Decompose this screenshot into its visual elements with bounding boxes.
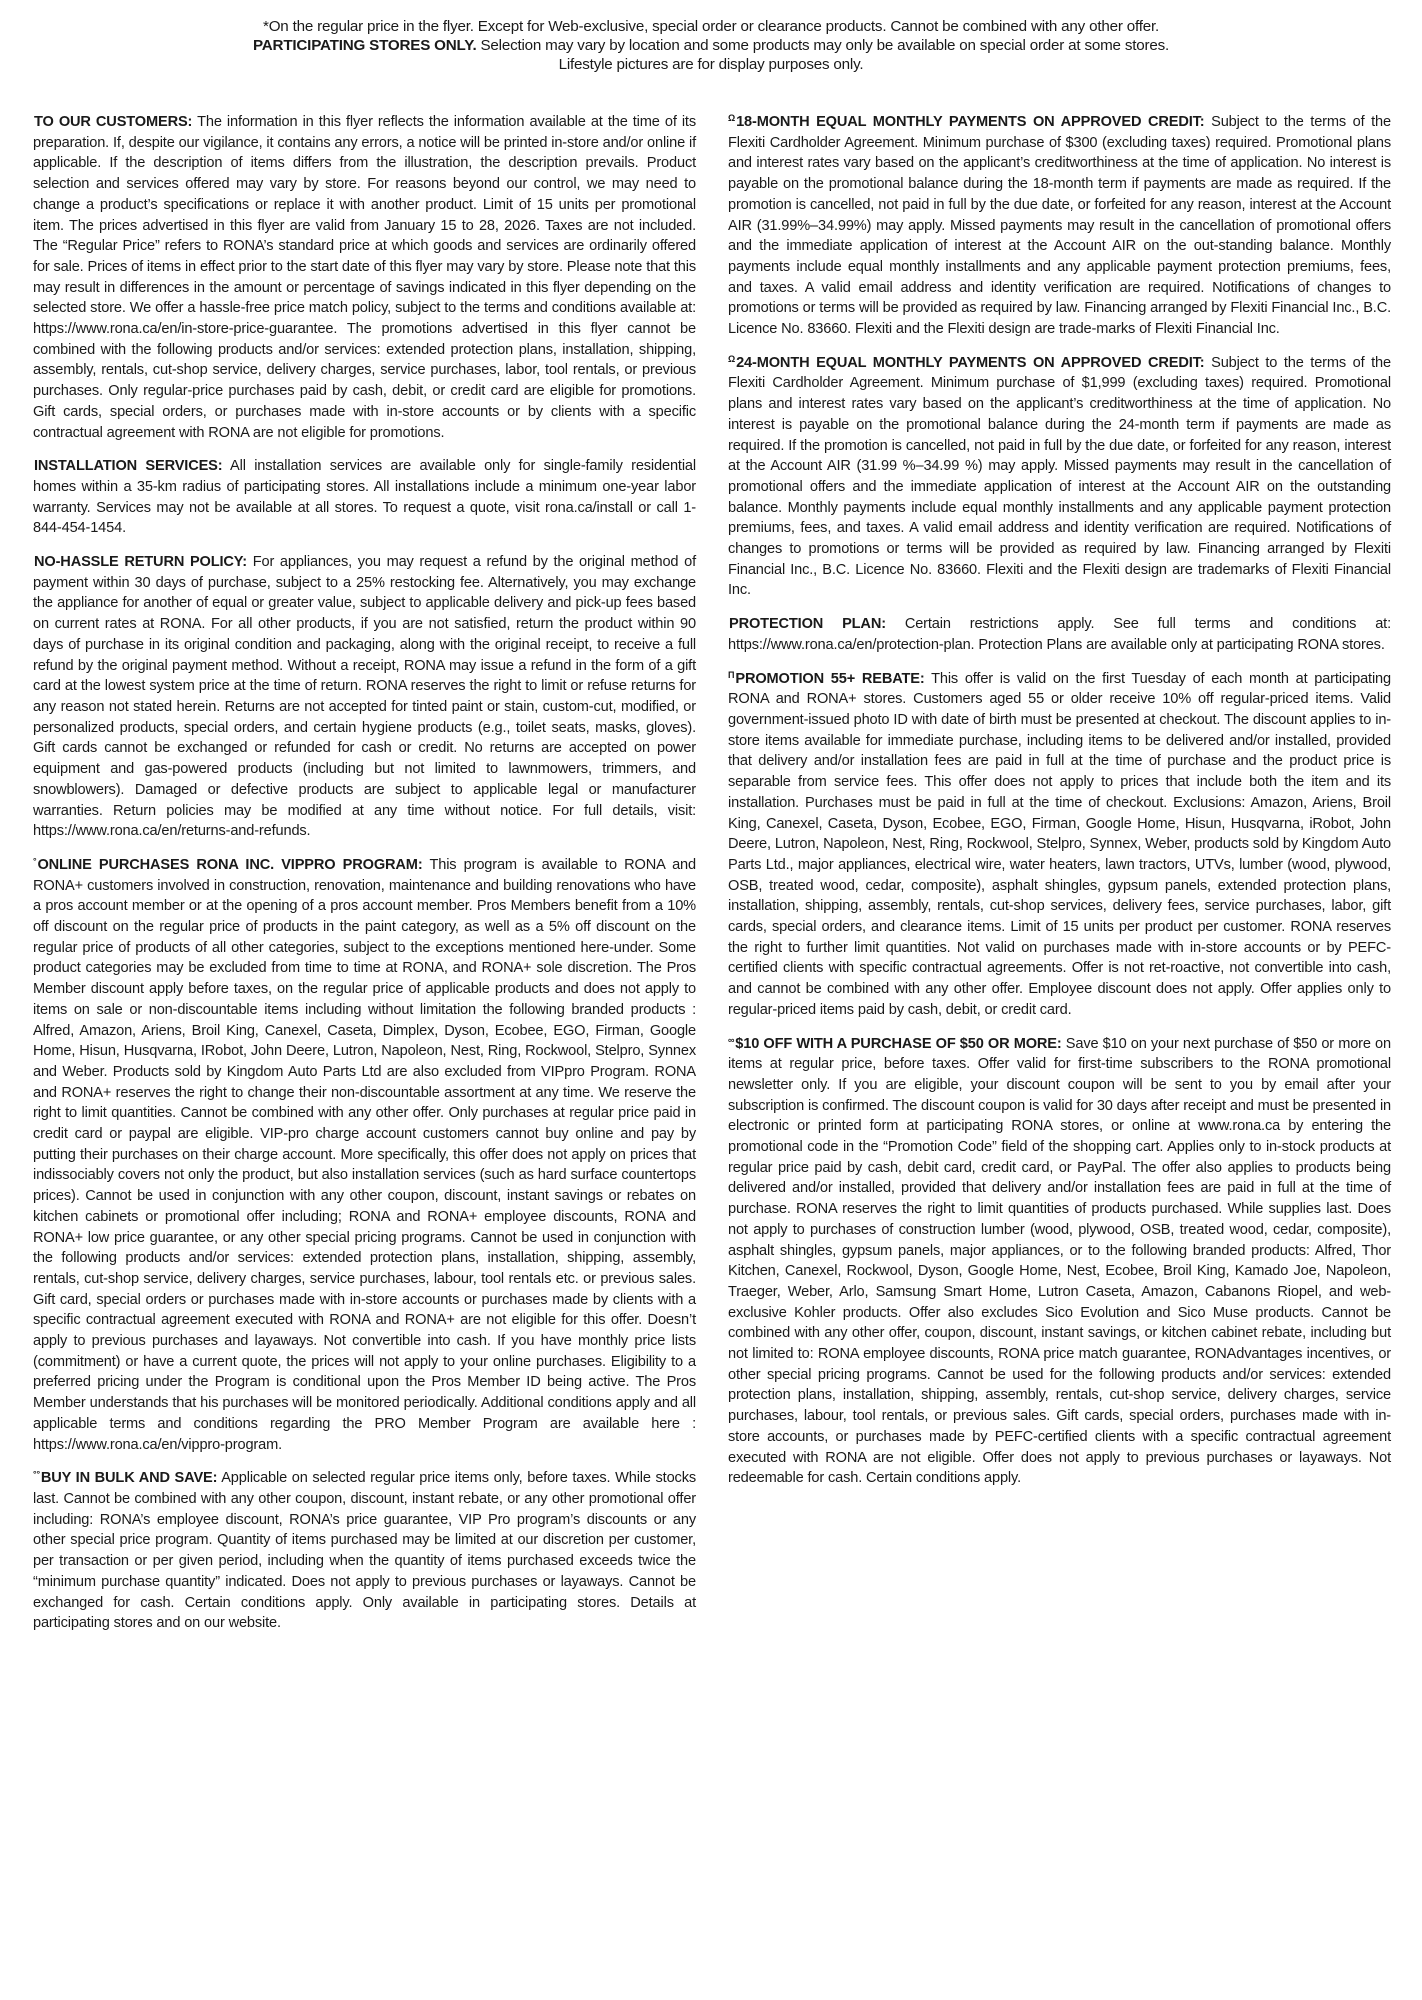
section-installation-services: INSTALLATION SERVICES: All installation … bbox=[33, 452, 696, 539]
section-body: Subject to the terms of the Flexiti Card… bbox=[728, 114, 1391, 337]
legal-columns: TO OUR CUSTOMERS: The information in thi… bbox=[33, 108, 1391, 1643]
section-body: The information in this flyer reflects t… bbox=[33, 114, 696, 441]
section-to-our-customers: TO OUR CUSTOMERS: The information in thi… bbox=[33, 108, 696, 443]
section-10-off-50: ∞$10 OFF WITH A PURCHASE OF $50 OR MORE:… bbox=[728, 1030, 1391, 1489]
section-title: $10 OFF WITH A PURCHASE OF $50 OR MORE: bbox=[735, 1036, 1061, 1052]
omega-footnote-mark: Ω bbox=[728, 113, 735, 123]
section-body: This program is available to RONA and RO… bbox=[33, 857, 696, 1453]
section-title: NO-HASSLE RETURN POLICY: bbox=[34, 554, 247, 570]
section-title: TO OUR CUSTOMERS: bbox=[34, 114, 192, 130]
section-body: For appliances, you may request a refund… bbox=[33, 554, 696, 839]
section-title: 18-MONTH EQUAL MONTHLY PAYMENTS ON APPRO… bbox=[736, 114, 1204, 130]
pi-footnote-mark: Π bbox=[728, 670, 734, 680]
infinity-footnote-mark: ∞ bbox=[728, 1035, 734, 1045]
section-title: PROMOTION 55+ REBATE: bbox=[735, 671, 924, 687]
section-24-month-payments: Ω24-MONTH EQUAL MONTHLY PAYMENTS ON APPR… bbox=[728, 349, 1391, 601]
section-body: This offer is valid on the first Tuesday… bbox=[728, 671, 1391, 1018]
section-vippro-program: °ONLINE PURCHASES RONA INC. VIPPRO PROGR… bbox=[33, 851, 696, 1455]
section-protection-plan: PROTECTION PLAN: Certain restrictions ap… bbox=[728, 610, 1391, 655]
right-column: Ω18-MONTH EQUAL MONTHLY PAYMENTS ON APPR… bbox=[728, 108, 1391, 1643]
section-body: Applicable on selected regular price ite… bbox=[33, 1470, 696, 1631]
section-title: PROTECTION PLAN: bbox=[729, 616, 886, 632]
left-column: TO OUR CUSTOMERS: The information in thi… bbox=[33, 108, 696, 1643]
section-body: Subject to the terms of the Flexiti Card… bbox=[728, 355, 1391, 599]
header-line-1: *On the regular price in the flyer. Exce… bbox=[0, 17, 1422, 36]
degree-footnote-mark: ° bbox=[33, 856, 36, 866]
section-title: BUY IN BULK AND SAVE: bbox=[41, 1470, 217, 1486]
participating-stores-notice: PARTICIPATING STORES ONLY. bbox=[253, 37, 476, 54]
header-line-2: PARTICIPATING STORES ONLY. Selection may… bbox=[0, 36, 1422, 55]
section-18-month-payments: Ω18-MONTH EQUAL MONTHLY PAYMENTS ON APPR… bbox=[728, 108, 1391, 340]
section-return-policy: NO-HASSLE RETURN POLICY: For appliances,… bbox=[33, 548, 696, 842]
section-body: Save $10 on your next purchase of $50 or… bbox=[728, 1036, 1391, 1487]
header-line-3: Lifestyle pictures are for display purpo… bbox=[0, 55, 1422, 74]
section-title: 24-MONTH EQUAL MONTHLY PAYMENTS ON APPRO… bbox=[736, 355, 1204, 371]
section-promotion-55-rebate: ΠPROMOTION 55+ REBATE: This offer is val… bbox=[728, 665, 1391, 1021]
disclaimer-header: *On the regular price in the flyer. Exce… bbox=[0, 17, 1422, 74]
double-degree-footnote-mark: °° bbox=[33, 1469, 40, 1479]
section-title: INSTALLATION SERVICES: bbox=[34, 458, 222, 474]
section-title: ONLINE PURCHASES RONA INC. VIPPRO PROGRA… bbox=[37, 857, 422, 873]
header-line-2-rest: Selection may vary by location and some … bbox=[476, 37, 1169, 54]
section-buy-in-bulk: °°BUY IN BULK AND SAVE: Applicable on se… bbox=[33, 1464, 696, 1634]
omega-footnote-mark: Ω bbox=[728, 354, 735, 364]
